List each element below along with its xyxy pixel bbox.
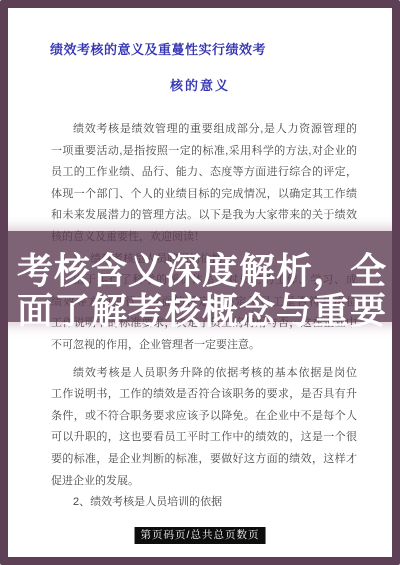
body-line: 绩效考核是人员职务升降的依据考核的基本依据是岗位 [51,363,357,385]
body-line: 一项重要活动,是指按照一定的标准,采用科学的方法,对企业的 [51,141,357,163]
body-line: 不可忽视的作用，企业管理者一定要注意。 [51,335,357,357]
body-line: 可以升职的，这也要看员工平时工作中的绩效的，这是一个很重 [51,427,357,449]
watermark-title-line2: 面了解考核概念与重要 [17,283,387,334]
document-page: 绩效考核的意义及重蔓性实行绩效考 核的意义 绩效考核是绩效管理的重要组成部分,是… [0,0,400,565]
page-title-line1: 绩效考核的意义及重蔓性实行绩效考 [50,39,266,58]
body-line: 促进企业的发展。 [51,471,357,493]
body-line: 要的标准，是企业判断的标准，要做好这方面的绩效，这样才能 [51,449,357,471]
body-line: 和未来发展潜力的管理方法。以下是我为大家带来的关于绩效考 [51,205,357,227]
page-title-line2: 核的意义 [0,75,400,94]
body-line: 绩效考核是绩效管理的重要组成部分,是人力资源管理的 [51,119,357,141]
body-line: 2、绩效考核是人员培训的依据 [51,492,357,514]
body-line: 工作说明书，工作的绩效是否符合该职务的要求，是否具有升职 [51,384,357,406]
body-line: 条件，或不符合职务要求应该予以降免。在企业中不是每个人都 [51,406,357,428]
page-number-badge: 第页码页/总共总页数页 [135,527,266,544]
body-line: 员工的工作业绩、品行、能力、态度等方面进行综合的评定，来 [51,162,357,184]
body-line: 体现一个部门、个人的业绩目标的完成情况，以确定其工作绩效 [51,184,357,206]
